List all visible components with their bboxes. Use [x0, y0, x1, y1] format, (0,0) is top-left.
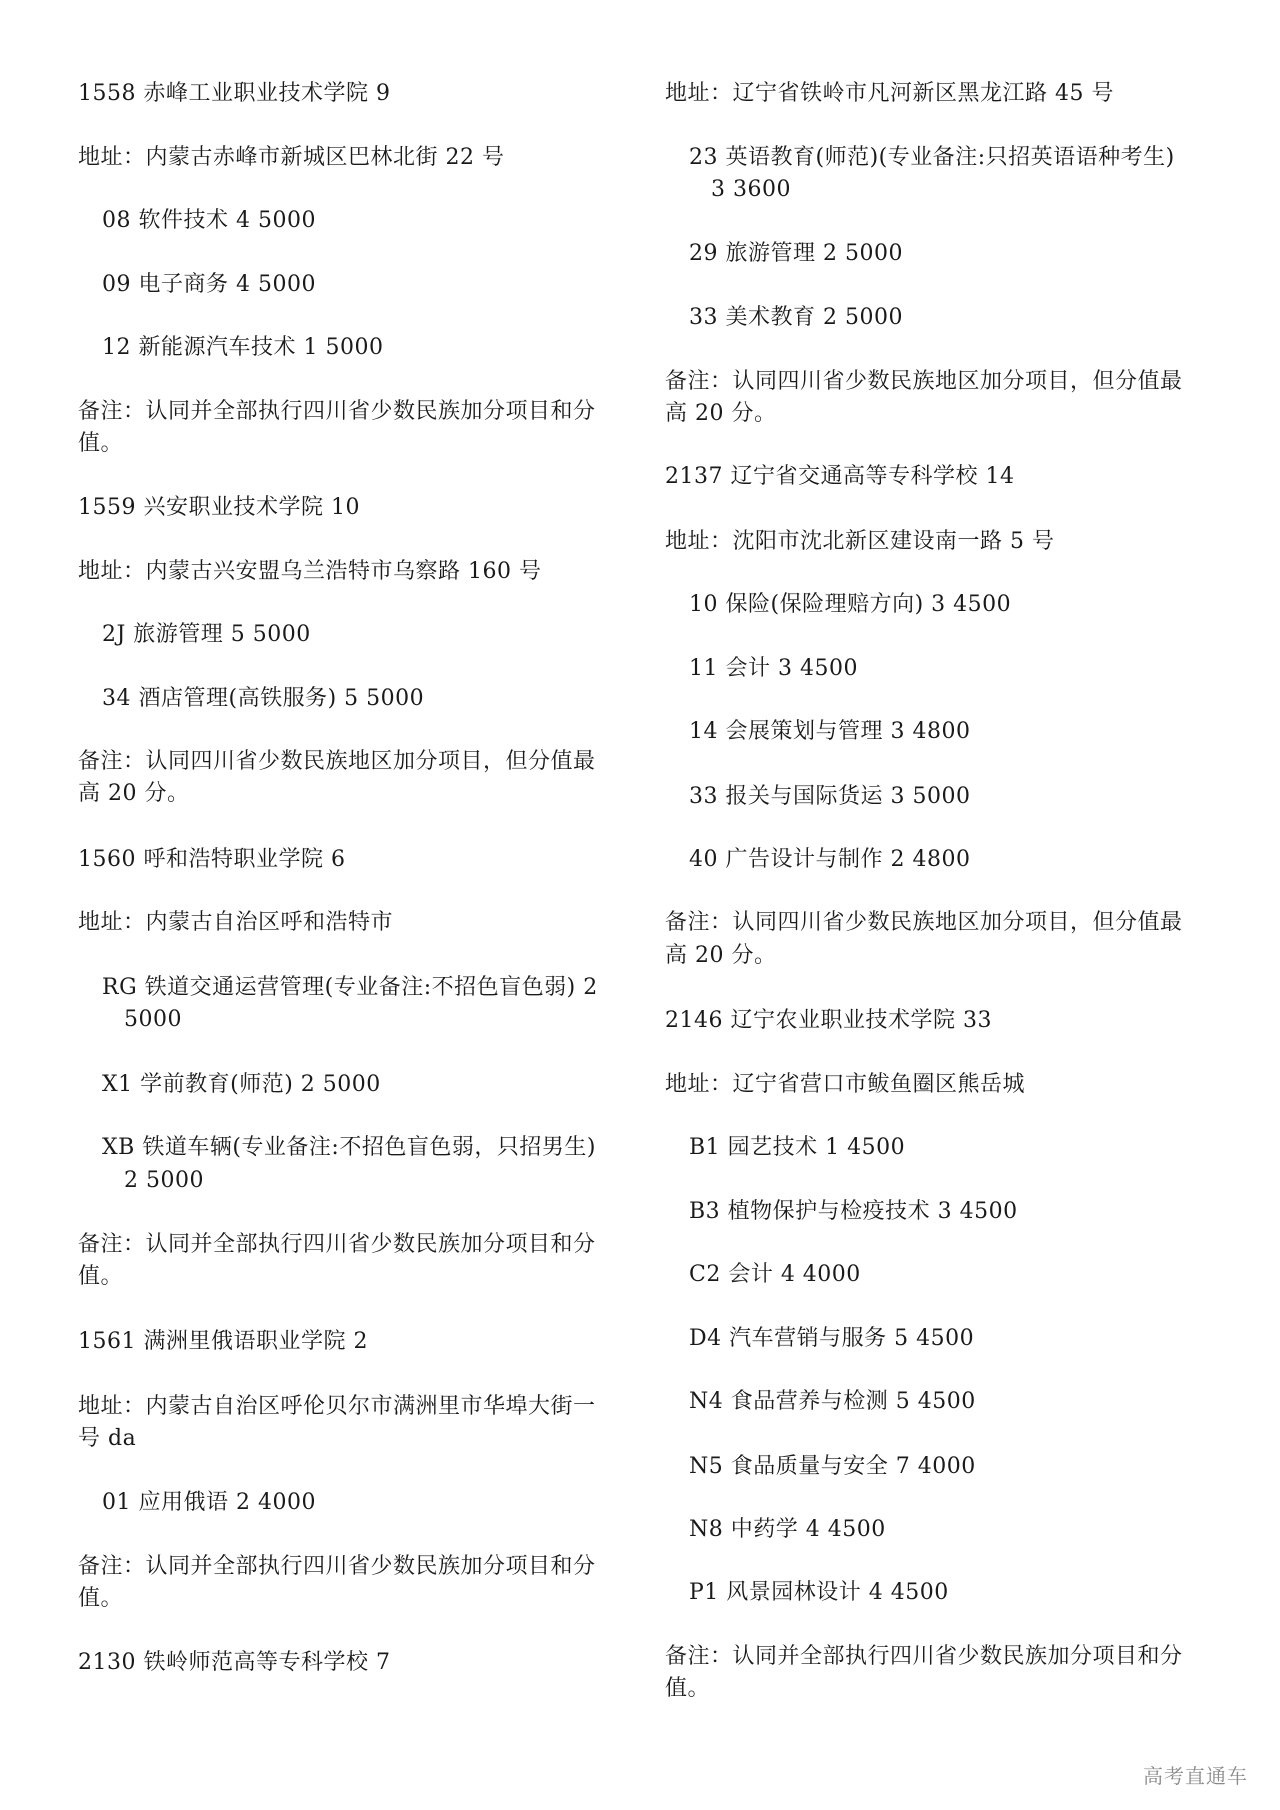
major-row: 12 新能源汽车技术 1 5000: [102, 334, 383, 362]
note-line: 备注：认同并全部执行四川省少数民族加分项目和分: [665, 1643, 1183, 1671]
note-line: 备注：认同并全部执行四川省少数民族加分项目和分: [78, 1231, 596, 1259]
major-row: N8 中药学 4 4500: [689, 1516, 886, 1544]
major-row: 09 电子商务 4 5000: [102, 271, 316, 299]
major-row: 10 保险(保险理赔方向) 3 4500: [689, 591, 1011, 619]
major-row: 33 美术教育 2 5000: [689, 304, 903, 332]
address-line: 地址：沈阳市沈北新区建设南一路 5 号: [665, 528, 1055, 556]
note-line: 备注：认同四川省少数民族地区加分项目，但分值最: [665, 368, 1183, 396]
major-row: C2 会计 4 4000: [689, 1261, 861, 1289]
school-heading: 1560 呼和浩特职业学院 6: [78, 846, 345, 874]
school-heading: 1559 兴安职业技术学院 10: [78, 494, 360, 522]
major-row: 14 会展策划与管理 3 4800: [689, 718, 970, 746]
note-line: 备注：认同四川省少数民族地区加分项目，但分值最: [665, 909, 1183, 937]
major-row: N5 食品质量与安全 7 4000: [689, 1453, 976, 1481]
note-line-continued: 值。: [78, 1263, 123, 1291]
major-row: 34 酒店管理(高铁服务) 5 5000: [102, 685, 424, 713]
school-heading: 1558 赤峰工业职业技术学院 9: [78, 80, 390, 108]
school-heading: 2146 辽宁农业职业技术学院 33: [665, 1007, 992, 1035]
major-row: B3 植物保护与检疫技术 3 4500: [689, 1198, 1018, 1226]
address-line: 地址：内蒙古兴安盟乌兰浩特市乌察路 160 号: [78, 558, 541, 586]
address-line: 地址：内蒙古赤峰市新城区巴林北街 22 号: [78, 144, 504, 172]
address-line: 地址：辽宁省铁岭市凡河新区黑龙江路 45 号: [665, 80, 1114, 108]
watermark-label: 高考直通车: [1143, 1760, 1248, 1789]
note-line: 备注：认同并全部执行四川省少数民族加分项目和分: [78, 398, 596, 426]
address-line-continued: 号 da: [78, 1425, 136, 1453]
school-heading: 1561 满洲里俄语职业学院 2: [78, 1328, 368, 1356]
major-row: 08 软件技术 4 5000: [102, 207, 316, 235]
major-row: X1 学前教育(师范) 2 5000: [102, 1071, 381, 1099]
major-row: 2J 旅游管理 5 5000: [102, 621, 311, 649]
major-row: D4 汽车营销与服务 5 4500: [689, 1325, 974, 1353]
major-row: 23 英语教育(师范)(专业备注:只招英语语种考生): [689, 144, 1175, 172]
address-line: 地址：内蒙古自治区呼和浩特市: [78, 909, 393, 937]
major-row: N4 食品营养与检测 5 4500: [689, 1388, 976, 1416]
note-line: 备注：认同四川省少数民族地区加分项目，但分值最: [78, 748, 596, 776]
major-row: 33 报关与国际货运 3 5000: [689, 783, 970, 811]
note-line-continued: 高 20 分。: [665, 942, 776, 970]
major-row: 11 会计 3 4500: [689, 655, 858, 683]
major-row-continued: 2 5000: [124, 1167, 204, 1195]
note-line-continued: 高 20 分。: [665, 400, 776, 428]
school-heading: 2137 辽宁省交通高等专科学校 14: [665, 463, 1014, 491]
note-line-continued: 值。: [665, 1675, 710, 1703]
note-line-continued: 高 20 分。: [78, 780, 189, 808]
major-row: B1 园艺技术 1 4500: [689, 1134, 905, 1162]
major-row: XB 铁道车辆(专业备注:不招色盲色弱，只招男生): [102, 1134, 596, 1162]
school-heading: 2130 铁岭师范高等专科学校 7: [78, 1649, 390, 1677]
major-row: RG 铁道交通运营管理(专业备注:不招色盲色弱) 2: [102, 974, 598, 1002]
address-line: 地址：内蒙古自治区呼伦贝尔市满洲里市华埠大街一: [78, 1393, 596, 1421]
major-row-continued: 3 3600: [711, 176, 791, 204]
address-line: 地址：辽宁省营口市鲅鱼圈区熊岳城: [665, 1071, 1025, 1099]
note-line: 备注：认同并全部执行四川省少数民族加分项目和分: [78, 1553, 596, 1581]
note-line-continued: 值。: [78, 1585, 123, 1613]
major-row: 40 广告设计与制作 2 4800: [689, 846, 970, 874]
major-row: 29 旅游管理 2 5000: [689, 240, 903, 268]
major-row: P1 风景园林设计 4 4500: [689, 1579, 949, 1607]
major-row: 01 应用俄语 2 4000: [102, 1489, 316, 1517]
major-row-continued: 5000: [124, 1006, 182, 1034]
note-line-continued: 值。: [78, 430, 123, 458]
